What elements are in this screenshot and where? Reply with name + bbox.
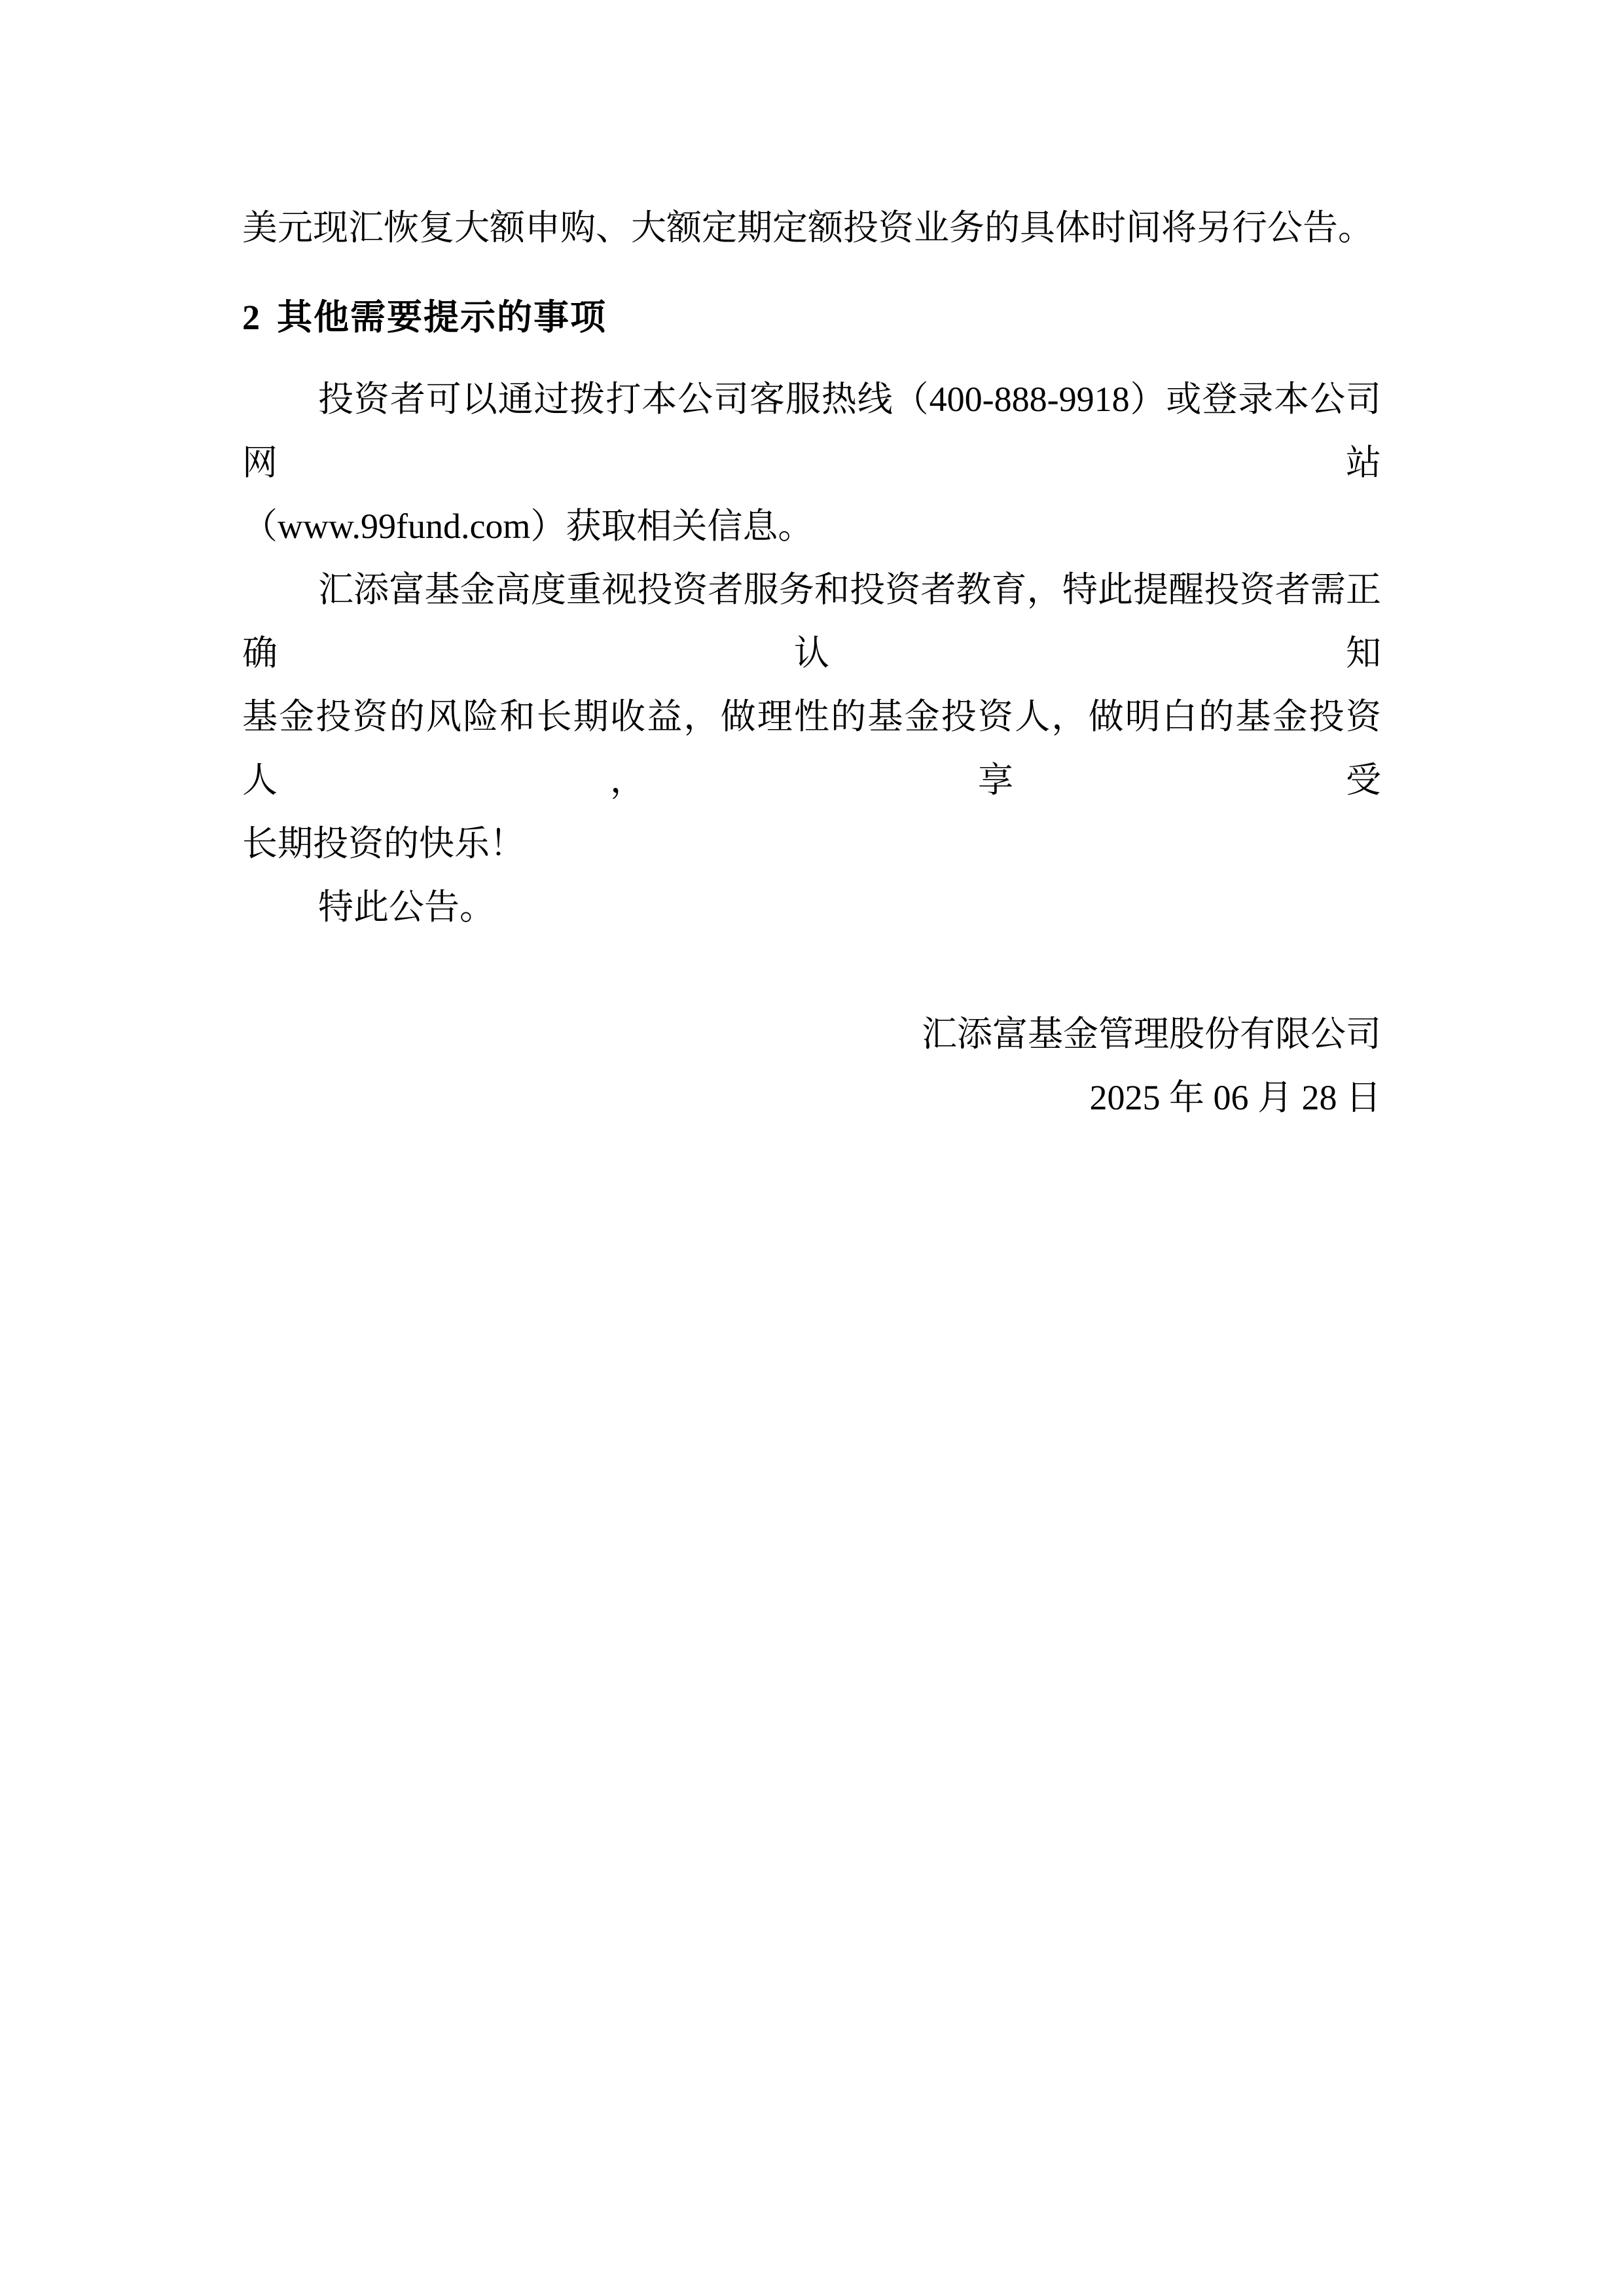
continuation-paragraph-line: 美元现汇恢复大额申购、大额定期定额投资业务的具体时间将另行公告。	[242, 196, 1381, 260]
section-number: 2	[242, 298, 260, 337]
document-page: 美元现汇恢复大额申购、大额定期定额投资业务的具体时间将另行公告。 2其他需要提示…	[0, 0, 1624, 2296]
paragraph-line: 长期投资的快乐！	[242, 812, 1381, 876]
section-title: 其他需要提示的事项	[277, 298, 607, 337]
paragraph-line: 投资者可以通过拨打本公司客服热线（400-888-9918）或登录本公司网站	[242, 368, 1381, 495]
paragraph-closing: 特此公告。	[242, 876, 1381, 939]
paragraph-contact: 投资者可以通过拨打本公司客服热线（400-888-9918）或登录本公司网站 （…	[242, 368, 1381, 558]
paragraph-line: 基金投资的风险和长期收益，做理性的基金投资人，做明白的基金投资人，享受	[242, 685, 1381, 812]
paragraph-line: 汇添富基金高度重视投资者服务和投资者教育，特此提醒投资者需正确认知	[242, 558, 1381, 685]
signature-date: 2025 年 06 月 28 日	[242, 1066, 1381, 1130]
signature-block: 汇添富基金管理股份有限公司 2025 年 06 月 28 日	[242, 1003, 1381, 1130]
paragraph-line: （www.99fund.com）获取相关信息。	[242, 495, 1381, 558]
signature-company: 汇添富基金管理股份有限公司	[242, 1003, 1381, 1066]
paragraph-line: 特此公告。	[242, 876, 1381, 939]
section-heading: 2其他需要提示的事项	[242, 286, 1381, 350]
paragraph-investor-education: 汇添富基金高度重视投资者服务和投资者教育，特此提醒投资者需正确认知 基金投资的风…	[242, 558, 1381, 876]
